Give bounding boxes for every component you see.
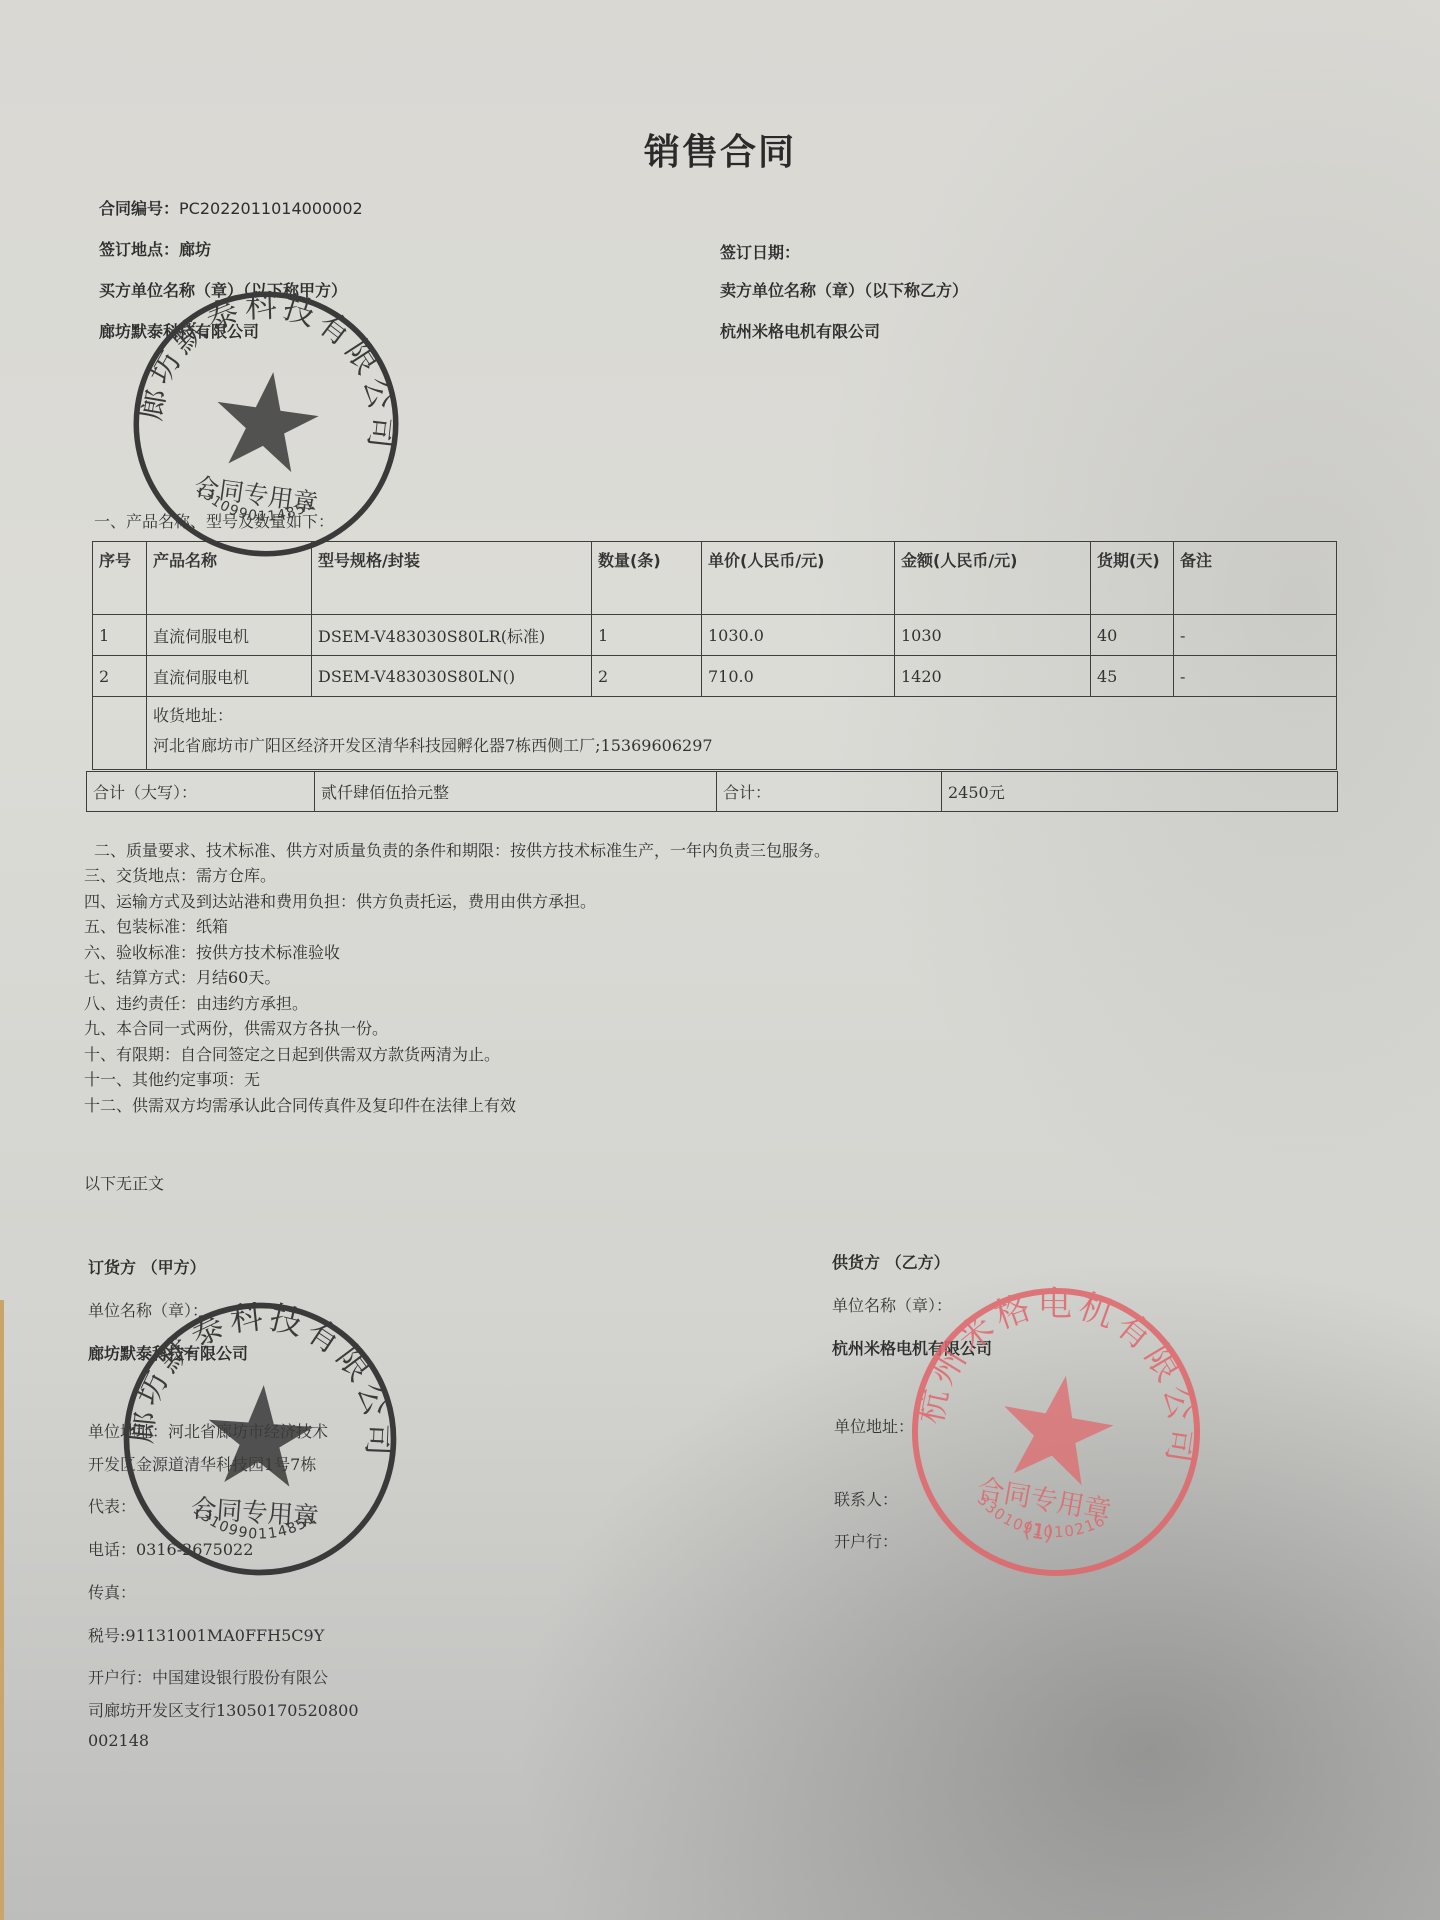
party-a-phone: 电话：0316-2675022 [88,1537,253,1560]
header-amount: 金额(人民币/元) [895,542,1091,615]
seller-name: 杭州米格电机有限公司 [720,319,880,342]
sign-place-value: 廊坊 [179,240,211,259]
party-a-address-line1: 单位地址：河北省廊坊市经济技术 [88,1419,328,1442]
cell-empty [93,697,147,770]
items-table: 序号 产品名称 型号规格/封装 数量(条) 单价(人民币/元) 金额(人民币/元… [92,541,1337,770]
party-b-heading: 供货方 （乙方） [832,1250,950,1273]
svg-text:合同专用章: 合同专用章 [190,1494,320,1533]
party-a-heading: 订货方 （甲方） [88,1255,206,1278]
cell-product-name: 直流伺服电机 [147,615,312,656]
party-b-contact-label: 联系人： [834,1487,898,1510]
cell-no: 1 [93,615,147,656]
cell-product-name: 直流伺服电机 [147,656,312,697]
svg-text:3301091010216: 3301091010216 [970,1489,1112,1552]
total-row: 合计（大写）： 贰仟肆佰伍拾元整 合计： 2450元 [87,772,1338,812]
party-b-unit-name-label: 单位名称（章）： [832,1293,952,1316]
header-lead-time: 货期(天) [1091,542,1174,615]
cell-model: DSEM-V483030S80LR(标准) [312,615,592,656]
party-a-bank-line3: 002148 [88,1731,149,1750]
contract-number: 合同编号：PC2022011014000002 [99,196,363,219]
clause-item: 三、交货地点：需方仓库。 [84,863,276,886]
end-note: 以下无正文 [84,1171,164,1194]
table-row: 1 直流伺服电机 DSEM-V483030S80LR(标准) 1 1030.0 … [93,615,1337,656]
total-label: 合计： [717,772,942,812]
cell-quantity: 2 [592,656,702,697]
cell-lead-time: 40 [1091,615,1174,656]
party-a-address-line2: 开发区金源道清华科技园1号7栋 [88,1452,316,1475]
delivery-address-row: 收货地址： 河北省廊坊市广阳区经济开发区清华科技园孵化器7栋西侧工厂;15369… [93,697,1337,770]
clause-item: 九、本合同一式两份，供需双方各执一份。 [84,1016,388,1039]
clause-item: 五、包装标准：纸箱 [84,914,228,937]
delivery-address-label: 收货地址： [153,701,1330,731]
party-a-unit-name: 廊坊默泰科技有限公司 [88,1341,248,1364]
header-no: 序号 [93,542,147,615]
cell-lead-time: 45 [1091,656,1174,697]
party-a-fax: 传真： [88,1580,136,1603]
party-b-unit-name: 杭州米格电机有限公司 [832,1336,992,1359]
cell-amount: 1030 [895,615,1091,656]
header-unit-price: 单价(人民币/元) [702,542,895,615]
buyer-label: 买方单位名称（章）（以下称甲方） [99,278,347,301]
sign-date: 签订日期： [720,240,800,263]
svg-text:杭州米格电机有限公司: 杭州米格电机有限公司 [910,1260,1225,1471]
party-a-unit-name-label: 单位名称（章）： [88,1298,208,1321]
clause-item: 八、违约责任：由违约方承担。 [84,991,308,1014]
items-header-row: 序号 产品名称 型号规格/封装 数量(条) 单价(人民币/元) 金额(人民币/元… [93,542,1337,615]
cell-model: DSEM-V483030S80LN() [312,656,592,697]
header-quantity: 数量(条) [592,542,702,615]
cell-remark: - [1174,615,1337,656]
document-title: 销售合同 [0,124,1440,175]
buyer-contract-seal-top: 廊坊默泰科技有限公司合同专用章1310990114851 [110,268,422,580]
party-a-tax-id: 税号:91131001MA0FFH5C9Y [88,1623,324,1646]
section1-heading: 一、产品名称、型号及数量如下： [94,509,334,532]
party-b-bank-label: 开户行： [834,1529,898,1552]
clause-item: 四、运输方式及到达站港和费用负担：供方负责托运，费用由供方承担。 [84,889,596,912]
header-product-name: 产品名称 [147,542,312,615]
cell-no: 2 [93,656,147,697]
contract-number-label: 合同编号： [99,199,179,218]
svg-text:(1): (1) [1022,1517,1055,1546]
total-value: 2450元 [942,772,1338,812]
delivery-address: 河北省廊坊市广阳区经济开发区清华科技园孵化器7栋西侧工厂;15369606297 [153,731,1330,761]
cell-amount: 1420 [895,656,1091,697]
clause-item: 六、验收标准：按供方技术标准验收 [84,940,340,963]
total-table: 合计（大写）： 贰仟肆佰伍拾元整 合计： 2450元 [86,771,1338,812]
svg-text:合同专用章: 合同专用章 [975,1473,1113,1527]
total-upper-label: 合计（大写）： [87,772,315,812]
header-remark: 备注 [1174,542,1337,615]
clause-item: 十、有限期：自合同签定之日起到供需双方款货两清为止。 [84,1042,500,1065]
paper-edge [0,1300,4,1920]
seller-label: 卖方单位名称（章）（以下称乙方） [720,278,968,301]
cell-quantity: 1 [592,615,702,656]
cell-unit-price: 1030.0 [702,615,895,656]
total-upper-value: 贰仟肆佰伍拾元整 [315,772,717,812]
party-a-rep-label: 代表： [88,1494,136,1517]
party-a-bank-line2: 司廊坊开发区支行13050170520800 [88,1698,359,1721]
clause-item: 七、结算方式：月结60天。 [84,965,280,988]
delivery-address-cell: 收货地址： 河北省廊坊市广阳区经济开发区清华科技园孵化器7栋西侧工厂;15369… [147,697,1337,770]
contract-number-value: PC2022011014000002 [179,199,363,218]
sign-place: 签订地点：廊坊 [99,237,211,260]
buyer-name: 廊坊默泰科技有限公司 [99,319,259,342]
table-row: 2 直流伺服电机 DSEM-V483030S80LN() 2 710.0 142… [93,656,1337,697]
header-model: 型号规格/封装 [312,542,592,615]
cell-unit-price: 710.0 [702,656,895,697]
sign-date-label: 签订日期： [720,243,800,262]
clause-item: 十二、供需双方均需承认此合同传真件及复印件在法律上有效 [84,1093,516,1116]
sign-place-label: 签订地点： [99,240,179,259]
party-b-address-label: 单位地址： [834,1414,914,1437]
party-a-bank-line1: 开户行：中国建设银行股份有限公 [88,1665,328,1688]
clause-item: 二、质量要求、技术标准、供方对质量负责的条件和期限：按供方技术标准生产，一年内负… [94,838,830,861]
clause-item: 十一、其他约定事项：无 [84,1067,260,1090]
cell-remark: - [1174,656,1337,697]
